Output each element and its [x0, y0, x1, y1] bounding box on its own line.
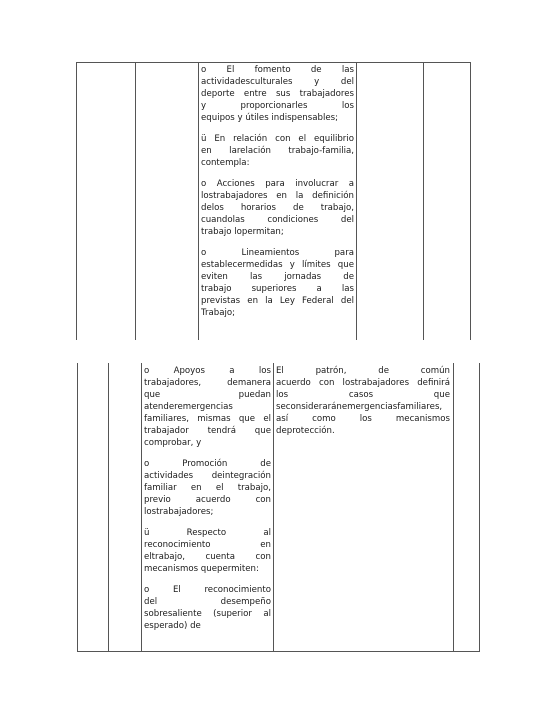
benefits-cell: o El fomento de lasactividadesculturales… [201, 64, 354, 328]
text-line: trabajo superiores a las [201, 283, 354, 295]
text-line: esperado) de [144, 620, 271, 632]
text-line: mecanismos quepermiten: [144, 563, 271, 575]
text-line: cuandolas condiciones del [201, 214, 354, 226]
paragraph: ü Respecto alreconocimiento eneltrabajo,… [144, 527, 271, 575]
employer-cell: El patrón, de comúnacuerdo con lostrabaj… [276, 365, 450, 446]
text-line: deporte entre sus trabajadores [201, 88, 354, 100]
text-line: eltrabajo, cuenta con [144, 551, 271, 563]
text-line: establecermedidas y límites que [201, 259, 354, 271]
table-border [108, 363, 109, 651]
table-border [273, 363, 274, 651]
text-line: familiar en el trabajo, [144, 482, 271, 494]
text-line: trabajadores, demanera [144, 377, 271, 389]
text-line: o Promoción de [144, 458, 271, 470]
table-border [198, 62, 199, 340]
table-border [470, 62, 471, 340]
table-border [135, 62, 136, 340]
text-line: lostrabajadores en la definición [201, 190, 354, 202]
table-border [453, 363, 454, 651]
text-line: o El fomento de las [201, 64, 354, 76]
text-line: comprobar, y [144, 437, 271, 449]
text-line: o El reconocimiento [144, 584, 271, 596]
text-line: seconsideraránemergenciasfamiliares, [276, 401, 450, 413]
text-line: acuerdo con lostrabajadores definirá [276, 377, 450, 389]
text-line: atenderemergencias [144, 401, 271, 413]
table-border [479, 363, 480, 651]
text-line: actividades deintegración [144, 470, 271, 482]
text-line: reconocimiento en [144, 539, 271, 551]
paragraph: o El fomento de lasactividadesculturales… [201, 64, 354, 124]
text-line: eviten las jornadas de [201, 271, 354, 283]
text-line: sobresaliente (superior al [144, 608, 271, 620]
table-border [141, 363, 142, 651]
text-line: El patrón, de común [276, 365, 450, 377]
table-border [423, 62, 424, 340]
text-line: o Apoyos a los [144, 365, 271, 377]
text-line: los casos que [276, 389, 450, 401]
text-line: ü En relación con el equilibrio [201, 133, 354, 145]
paragraph: ü En relación con el equilibrioen larela… [201, 133, 354, 169]
text-line: en larelación trabajo-familia, [201, 145, 354, 157]
text-line: así como los mecanismos [276, 413, 450, 425]
text-line: trabajo lopermitan; [201, 226, 354, 238]
paragraph: o Acciones para involucrar alostrabajado… [201, 178, 354, 238]
paragraph: El patrón, de comúnacuerdo con lostrabaj… [276, 365, 450, 437]
paragraph: o El reconocimientodel desempeñosobresal… [144, 584, 271, 632]
text-line: lostrabajadores; [144, 506, 271, 518]
text-line: o Acciones para involucrar a [201, 178, 354, 190]
text-line: trabajador tendrá que [144, 425, 271, 437]
text-line: contempla: [201, 157, 354, 169]
paragraph: o Promoción deactividades deintegraciónf… [144, 458, 271, 518]
text-line: deprotección. [276, 425, 450, 437]
text-line: actividadesculturales y del [201, 76, 354, 88]
text-line: y proporcionarles los [201, 100, 354, 112]
text-line: familiares, mismas que el [144, 413, 271, 425]
table-border [76, 62, 77, 340]
support-cell: o Apoyos a lostrabajadores, demaneraque … [144, 365, 271, 641]
text-line: ü Respecto al [144, 527, 271, 539]
text-line: equipos y útiles indispensables; [201, 112, 354, 124]
text-line: delos horarios de trabajo, [201, 202, 354, 214]
paragraph: o Apoyos a lostrabajadores, demaneraque … [144, 365, 271, 449]
paragraph: o Lineamientos paraestablecermedidas y l… [201, 247, 354, 319]
text-line: previstas en la Ley Federal del [201, 295, 354, 307]
text-line: que puedan [144, 389, 271, 401]
text-line: del desempeño [144, 596, 271, 608]
table-bottom-border [77, 651, 480, 652]
table-border [356, 62, 357, 340]
text-line: o Lineamientos para [201, 247, 354, 259]
table-border [77, 363, 78, 651]
text-line: Trabajo; [201, 307, 354, 319]
text-line: previo acuerdo con [144, 494, 271, 506]
